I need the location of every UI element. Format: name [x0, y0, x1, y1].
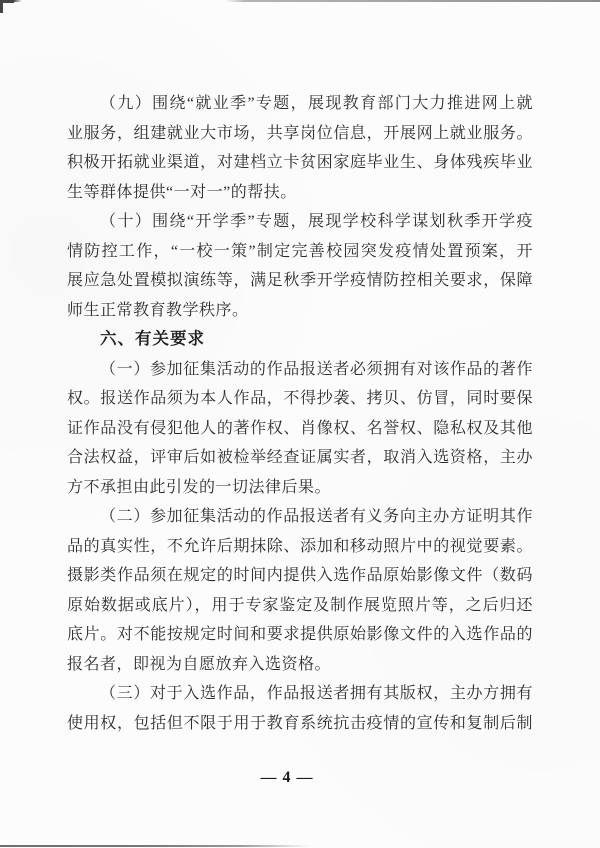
text-line: 生等群体提供“一对一”的帮扶。: [67, 178, 533, 208]
text-line: 积极开拓就业渠道，对建档立卡贫困家庭毕业生、身体残疾毕业: [67, 148, 533, 178]
text-line: 报名者，即视为自愿放弃入选资格。: [67, 650, 533, 680]
text-line: 证作品没有侵犯他人的著作权、肖像权、名誉权、隐私权及其他: [67, 414, 533, 444]
text-line: （十）围绕“开学季”专题，展现学校科学谋划秋季开学疫: [67, 207, 533, 237]
text-line: 使用权，包括但不限于用于教育系统抗击疫情的宣传和复制后制: [67, 709, 533, 739]
paragraph-item-10-school-opening-season: （十）围绕“开学季”专题，展现学校科学谋划秋季开学疫情防控工作，“一校一策”制定…: [67, 207, 533, 325]
text-line: （三）对于入选作品，作品报送者拥有其版权，主办方拥有: [67, 679, 533, 709]
section-heading-6-requirements: 六、有关要求: [67, 325, 533, 355]
document-content: （九）围绕“就业季”专题，展现教育部门大力推进网上就业服务，组建就业大市场，共享…: [67, 89, 533, 738]
text-line: 业服务，组建就业大市场，共享岗位信息，开展网上就业服务。: [67, 119, 533, 149]
paragraph-requirement-1-copyright: （一）参加征集活动的作品报送者必须拥有对该作品的著作权。报送作品须为本人作品，不…: [67, 355, 533, 503]
text-line: 权。报送作品须为本人作品，不得抄袭、拷贝、仿冒，同时要保: [67, 384, 533, 414]
scan-artifact-bottom-edge: [0, 845, 312, 847]
text-line: （九）围绕“就业季”专题，展现教育部门大力推进网上就: [67, 89, 533, 119]
text-line: 摄影类作品须在规定的时间内提供入选作品原始影像文件（数码: [67, 561, 533, 591]
text-line: 方不承担由此引发的一切法律后果。: [67, 473, 533, 503]
scanned-document-page: （九）围绕“就业季”专题，展现教育部门大力推进网上就业服务，组建就业大市场，共享…: [0, 0, 600, 848]
text-line: 合法权益，评审后如被检举经查证属实者，取消入选资格，主办: [67, 443, 533, 473]
text-line: 展应急处置模拟演练等，满足秋季开学疫情防控相关要求，保障: [67, 266, 533, 296]
paragraph-requirement-2-authenticity: （二）参加征集活动的作品报送者有义务向主办方证明其作品的真实性，不允许后期抹除、…: [67, 502, 533, 679]
text-line: （一）参加征集活动的作品报送者必须拥有对该作品的著作: [67, 355, 533, 385]
text-line: 情防控工作，“一校一策”制定完善校园突发疫情处置预案，开: [67, 237, 533, 267]
text-line: 师生正常教育教学秩序。: [67, 296, 533, 326]
paragraph-requirement-3-usage-rights: （三）对于入选作品，作品报送者拥有其版权，主办方拥有使用权，包括但不限于用于教育…: [67, 679, 533, 738]
page-number: — 4 —: [54, 766, 520, 790]
text-line: 品的真实性，不允许后期抹除、添加和移动照片中的视觉要素。: [67, 532, 533, 562]
scan-artifact-top-edge: [0, 0, 600, 2]
text-line: （二）参加征集活动的作品报送者有义务向主办方证明其作: [67, 502, 533, 532]
text-line: 原始数据或底片），用于专家鉴定及制作展览照片等，之后归还: [67, 591, 533, 621]
paragraph-item-9-employment-season: （九）围绕“就业季”专题，展现教育部门大力推进网上就业服务，组建就业大市场，共享…: [67, 89, 533, 207]
scan-artifact-corner-mark: [0, 0, 14, 3]
text-line: 底片。对不能按规定时间和要求提供原始影像文件的入选作品的: [67, 620, 533, 650]
